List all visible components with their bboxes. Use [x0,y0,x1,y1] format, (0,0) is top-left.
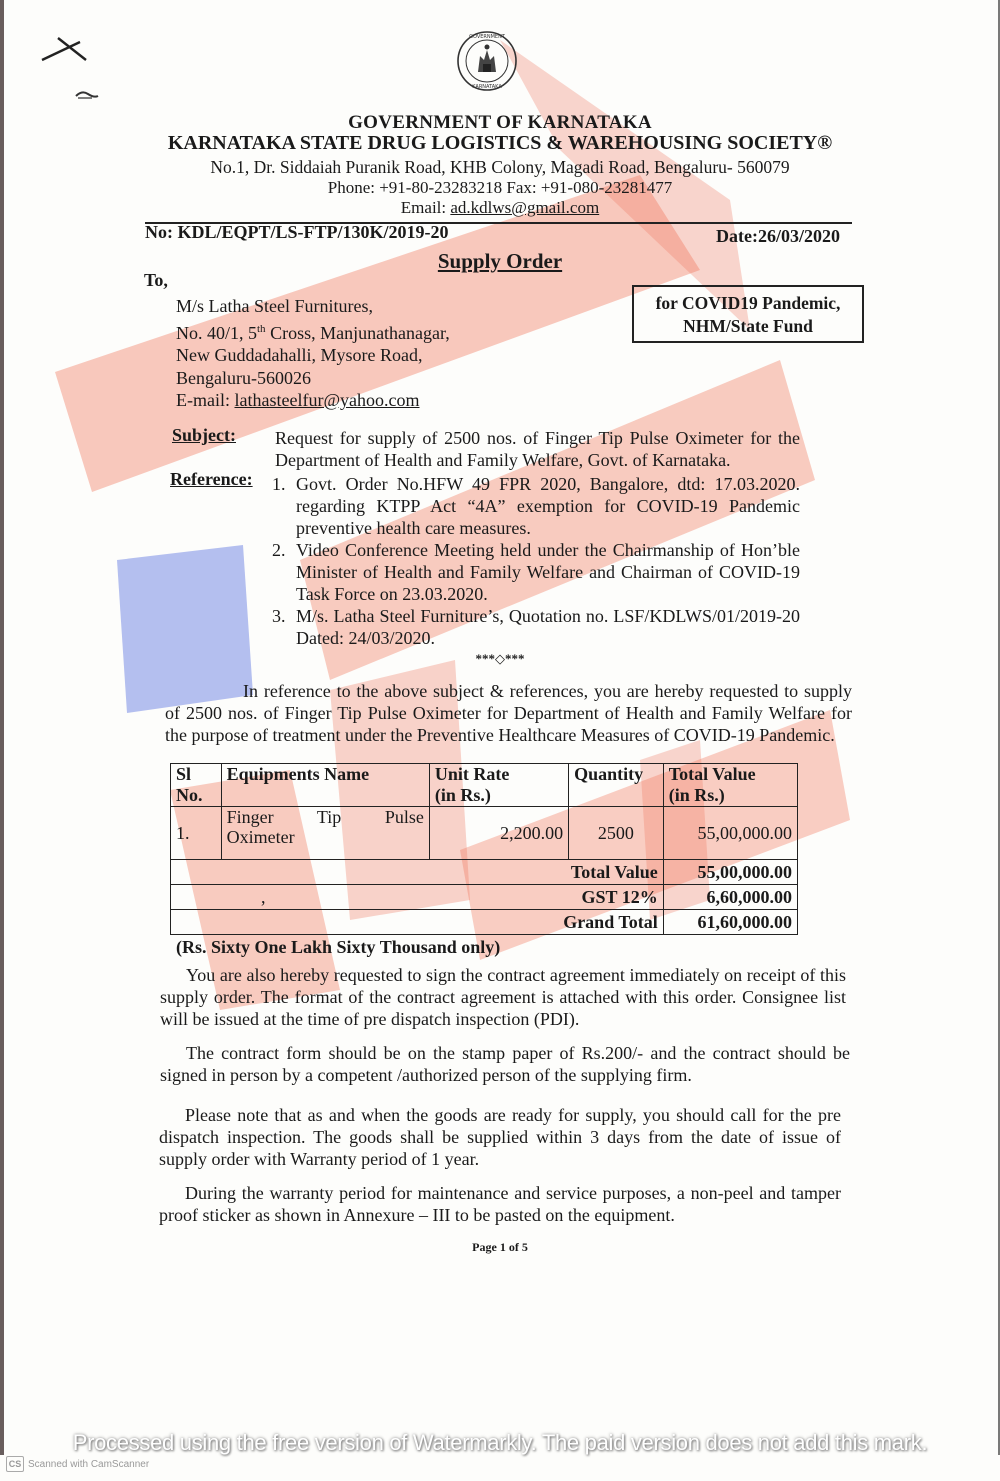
svg-text:KARNATAKA: KARNATAKA [472,84,502,90]
intro-paragraph: In reference to the above subject & refe… [165,680,852,746]
reference-number: No: KDL/EQPT/LS-FTP/130K/2019-20 [145,222,449,243]
document-page: GOVERNMENT KARNATAKA GOVERNMENT OF KARNA… [0,0,1000,1481]
header-unit-rate: Unit Rate(in Rs.) [429,764,568,807]
recipient-line-1: M/s Latha Steel Furnitures, [176,295,450,318]
reference-label: Reference: [170,469,253,490]
camscanner-badge: CS Scanned with CamScanner [6,1456,149,1472]
organization-address: No.1, Dr. Siddaiah Puranik Road, KHB Col… [0,157,1000,178]
page-number: Page 1 of 5 [0,1240,1000,1255]
amount-in-words: (Rs. Sixty One Lakh Sixty Thousand only) [176,937,500,958]
email-label: Email: [401,198,451,217]
items-table: SlNo. Equipments Name Unit Rate(in Rs.) … [170,763,798,935]
paragraph-warranty-sticker: During the warranty period for maintenan… [159,1182,841,1226]
organization-phone-fax: Phone: +91-80-23283218 Fax: +91-080-2328… [0,178,1000,198]
summary-value: 55,00,000.00 [663,860,797,885]
summary-label: ,GST 12% [171,885,664,910]
reference-item: 3.M/s. Latha Steel Furniture’s, Quotatio… [272,605,800,649]
camscanner-text: Scanned with CamScanner [28,1459,149,1470]
subject-label: Subject: [172,425,236,446]
fund-line-1: for COVID19 Pandemic, [634,292,862,315]
recipient-email-link[interactable]: lathasteelfur@yahoo.com [234,390,419,410]
government-emblem-icon: GOVERNMENT KARNATAKA [456,30,518,92]
watermarkly-notice: Processed using the free version of Wate… [0,1430,1000,1456]
header-total-value: Total Value(in Rs.) [663,764,797,807]
fund-line-2: NHM/State Fund [634,315,862,338]
camscanner-logo-icon: CS [6,1456,24,1472]
table-row: 1. Finger Tip PulseOximeter 2,200.00 250… [171,807,798,860]
government-heading: GOVERNMENT OF KARNATAKA [0,112,1000,134]
cell-unit-rate: 2,200.00 [429,807,568,860]
title-text: Supply Order [438,249,562,273]
paragraph-stamp-paper: The contract form should be on the stamp… [160,1042,850,1086]
header-quantity: Quantity [569,764,664,807]
section-separator: ***◇*** [0,651,1000,667]
organization-email-line: Email: ad.kdlws@gmail.com [0,198,1000,218]
reference-item: 2.Video Conference Meeting held under th… [272,539,800,605]
paragraph-contract-agreement: You are also hereby requested to sign th… [160,964,846,1030]
reference-item: 1.Govt. Order No.HFW 49 FPR 2020, Bangal… [272,473,800,539]
summary-label: Total Value [171,860,664,885]
summary-label: Grand Total [171,910,664,935]
reference-list: 1.Govt. Order No.HFW 49 FPR 2020, Bangal… [272,473,800,649]
organization-name: KARNATAKA STATE DRUG LOGISTICS & WAREHOU… [0,132,1000,155]
pen-scribble-icon [72,86,112,102]
cell-quantity: 2500 [569,807,664,860]
table-header-row: SlNo. Equipments Name Unit Rate(in Rs.) … [171,764,798,807]
to-label: To, [144,270,168,291]
cell-total-value: 55,00,000.00 [663,807,797,860]
header-equipment-name: Equipments Name [221,764,429,807]
fund-box: for COVID19 Pandemic, NHM/State Fund [632,285,864,343]
cell-equipment-name: Finger Tip PulseOximeter [221,807,429,860]
pen-cross-mark-icon [28,32,88,62]
summary-row-grand-total: Grand Total 61,60,000.00 [171,910,798,935]
summary-value: 61,60,000.00 [663,910,797,935]
recipient-line-2: No. 40/1, 5th Cross, Manjunathanagar, [176,318,450,345]
organization-email-link[interactable]: ad.kdlws@gmail.com [450,198,599,217]
recipient-address: M/s Latha Steel Furnitures, No. 40/1, 5t… [176,295,450,412]
summary-row-gst: ,GST 12% 6,60,000.00 [171,885,798,910]
paragraph-dispatch-inspection: Please note that as and when the goods a… [159,1104,841,1170]
summary-row-total: Total Value 55,00,000.00 [171,860,798,885]
summary-value: 6,60,000.00 [663,885,797,910]
order-date: Date:26/03/2020 [716,226,840,247]
header-sl-no: SlNo. [171,764,222,807]
subject-text: Request for supply of 2500 nos. of Finge… [275,427,800,471]
recipient-line-4: Bengaluru-560026 [176,367,450,390]
recipient-line-3: New Guddadahalli, Mysore Road, [176,344,450,367]
cell-sl-no: 1. [171,807,222,860]
recipient-email-line: E-mail: lathasteelfur@yahoo.com [176,389,450,412]
svg-text:GOVERNMENT: GOVERNMENT [469,34,506,40]
